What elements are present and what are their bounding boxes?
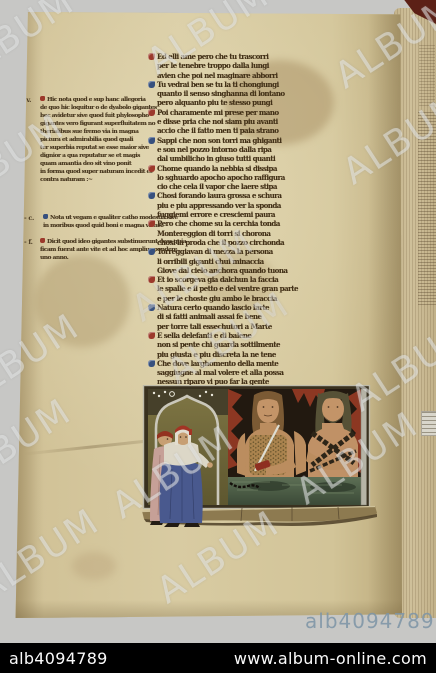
verse-line: fuggiemi errore e cresciemi paura [148,210,298,219]
verse-line: Giove dal cielo anchora quando tuona [148,266,298,275]
gloss-line: dignior a qua reputatur se et magis [40,152,157,160]
verse-column: Ed elli ame pero che tu trascorri per le… [148,52,298,387]
verse-line: e per le choste giu ambo le braccia [148,294,298,303]
verse-line: cio che cela il vapor che laere stipa [148,182,298,191]
parchment-stain [35,255,130,347]
photo-info-bar: alb4094789 www.album-online.com [0,643,436,673]
gloss-line: hec avidetur sive quod fuit phylosopho [40,112,157,120]
verse-line: piu e piu appressando ver la sponda [148,201,298,210]
gloss-line: pictura et admirabilia quod quali [40,136,157,144]
verse-line: pero alquanto piu te stesso pungi [148,98,298,107]
photo-id-watermark: alb4094789 [305,609,435,633]
verse-line: piu giusta e piu discreta la ne tene [148,350,298,359]
paraph-mark [148,304,155,311]
miniature-illustration [142,385,378,537]
paraph-mark [148,109,155,116]
water-pool [228,477,361,505]
website-url-label: www.album-online.com [234,649,427,668]
margin-letter: - f. [24,238,33,246]
paraph-mark [40,96,45,101]
verse-line: Che dove larghomento della mente [157,359,278,368]
verse-line: li orribili giganti chui minaccia [148,257,298,266]
verse-line: le spalle e il petto e del ventre gran p… [148,284,298,293]
paraph-mark [148,248,155,255]
paraph-mark [148,360,155,367]
verse-line: non si pente chi guarda sottilmente [148,340,298,349]
verse-line: Montereggion di torri si chorona [148,229,298,238]
verse-line: Sappi che non son torri ma ghiganti [157,136,281,145]
verse-line: e son nel pozzo intorno dalla ripa [148,145,298,154]
paraph-mark [148,165,155,172]
gloss-line: quam amantia deo sit vino ponit [40,160,157,168]
parchment-stain [72,552,116,580]
verse-line: Chome quando la nebbia si dissipa [157,164,277,173]
verse-line: E sella delefanti e di balene [157,331,251,340]
gloss-line: gigantes vero figurant superfluitatem no [40,120,157,128]
neighbor-page-text [418,112,436,305]
verse-line: Natura certo quando lascio larte [157,303,269,312]
verse-line: Poi charamente mi prese per mano [157,108,279,117]
paraph-mark [148,220,155,227]
gloss-line: ter superbia reputat se esse maior sive [40,144,157,152]
verse-line: e disse pria che noi siam piu avanti [148,117,298,126]
verse-line: accio che il fatto men ti paia strano [148,126,298,135]
neighbor-page-text [419,45,435,107]
gloss-line: Hic nota quod e sup hanc allegoria [47,97,145,103]
paraph-mark [148,192,155,199]
verse-line: Tu vedrai ben se tu la ti chongiungi [157,80,279,89]
gloss-line: contra naturam :~ [40,176,157,184]
edge-label [421,411,436,436]
verse-line: saggiugne al mal volere et alla possa [148,368,298,377]
stock-photo-frame: - v. - c. - f. Hic nota quod e sup hanc … [0,0,436,673]
paraph-mark [40,238,45,243]
paraph-mark [148,53,155,60]
verse-line: chosi la proda che il pozzo circhonda [148,238,298,247]
verse-line: Ed elli ame pero che tu trascorri [157,52,268,61]
verse-line: di si fatti animali assai fe bene [148,312,298,321]
manuscript-page: - v. - c. - f. Hic nota quod e sup hanc … [14,12,402,618]
verse-line: Et io scorgeva gia dalchun la faccia [157,275,278,284]
gloss-line: therialibus sue fremo via in magna [40,128,157,136]
paraph-mark [43,214,48,219]
verse-line: quanto il senso singhanna di lontano [148,89,298,98]
verse-line: per torre tali essechutori a Marte [148,322,298,331]
verse-line: avien che poi nel maginare abborri [148,71,298,80]
verse-line: Pero che chome su la cerchia tonda [157,219,280,228]
verse-line: lo sghuardo apocho apocho raffigura [148,173,298,182]
image-id-label: alb4094789 [9,649,108,668]
paraph-mark [148,137,155,144]
marginal-gloss-1: Hic nota quod e sup hanc allegoria de qu… [40,96,157,184]
verse-line: per le tenebre troppo dalla lungi [148,61,298,70]
paraph-mark [148,276,155,283]
paraph-mark [148,81,155,88]
gloss-line: in forma quod super naturam incedit et [40,168,157,176]
verse-line: Chosi forando laura grossa e schura [157,191,281,200]
verse-line: Torreggiavan di mezza la persona [157,247,273,256]
margin-letter: - c. [24,214,34,222]
frame-pillar [361,389,367,505]
paraph-mark [148,332,155,339]
verse-line: dal umbilicho in giuso tutti quanti [148,154,298,163]
gloss-line: de quo hic loquitur o de dyabolo gigante… [40,104,157,112]
